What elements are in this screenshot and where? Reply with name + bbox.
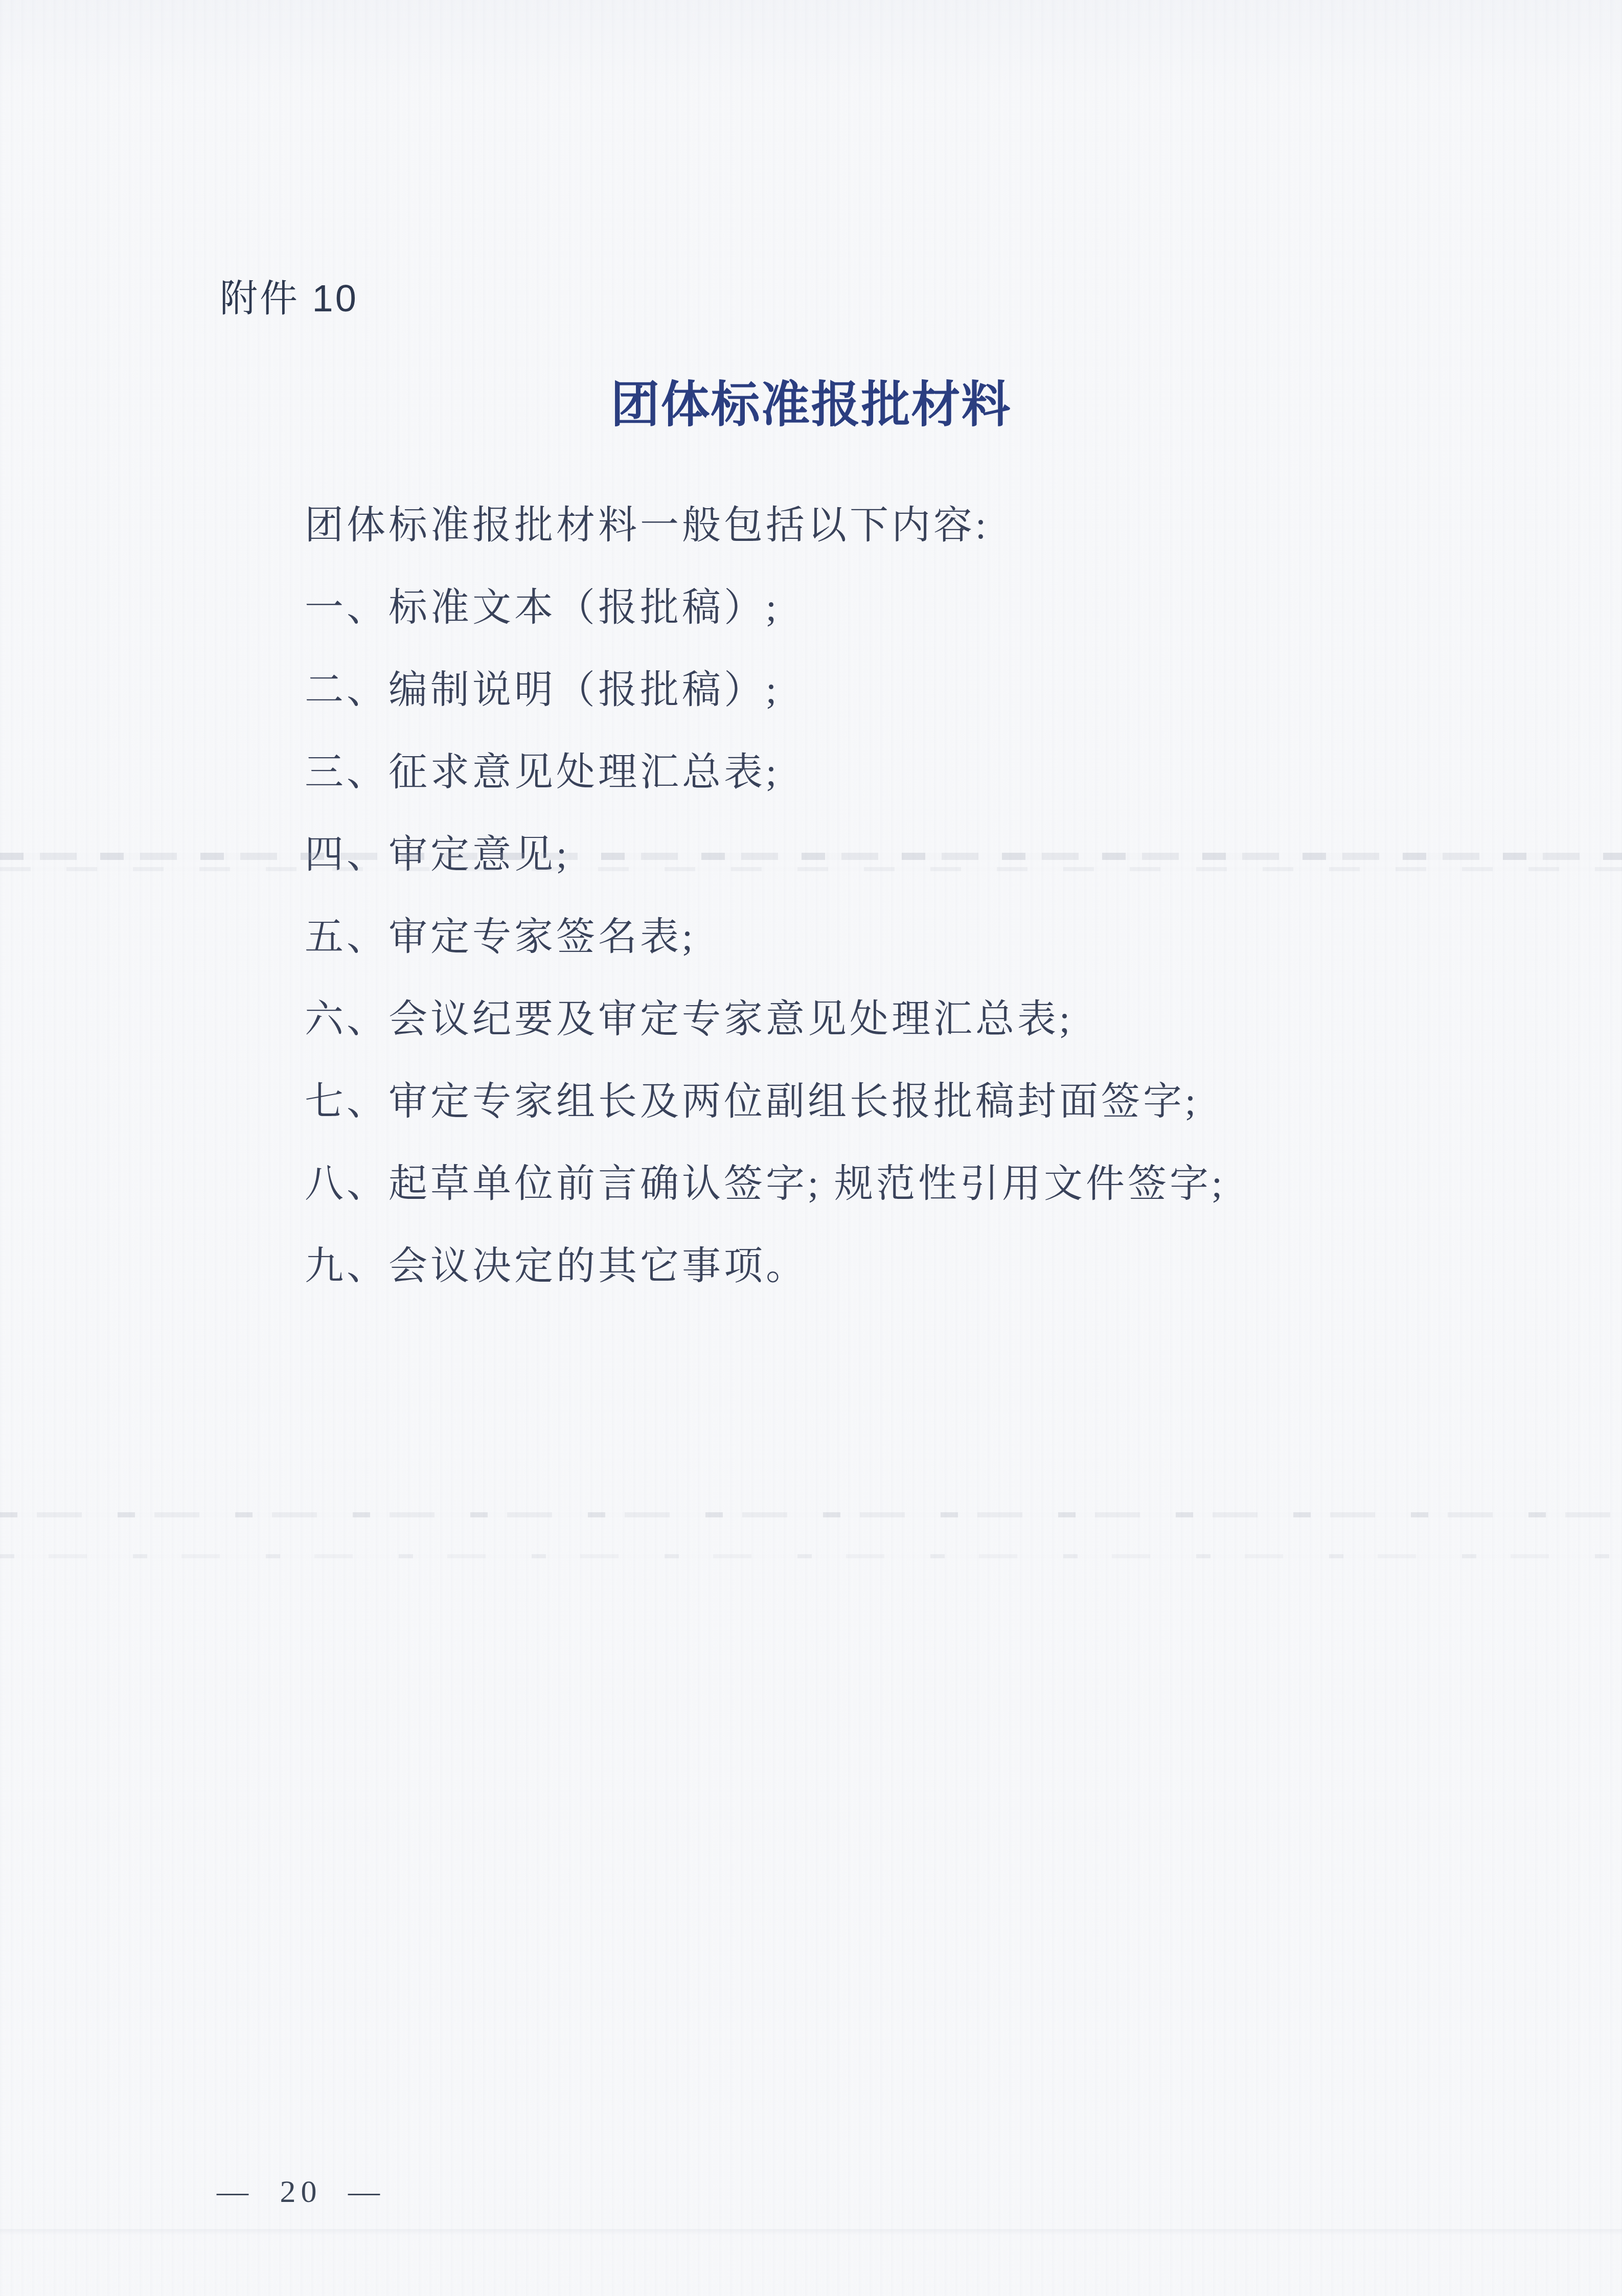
page-title: 团体标准报批材料: [0, 374, 1622, 436]
scan-artifact-line-4: [0, 1554, 1622, 1558]
list-item-5: 五、审定专家签名表;: [305, 896, 1429, 979]
list-item-9: 九、会议决定的其它事项。: [305, 1225, 1429, 1308]
document-page: 附件 10 团体标准报批材料 团体标准报批材料一般包括以下内容: 一、标准文本（…: [0, 0, 1622, 2296]
list-item-6: 六、会议纪要及审定专家意见处理汇总表;: [305, 979, 1429, 1061]
page-number: — 20 —: [217, 2174, 385, 2210]
list-item-8: 八、起草单位前言确认签字; 规范性引用文件签字;: [305, 1143, 1429, 1225]
list-item-3: 三、征求意见处理汇总表;: [305, 732, 1429, 814]
document-body: 团体标准报批材料一般包括以下内容: 一、标准文本（报批稿）; 二、编制说明（报批…: [305, 485, 1429, 1308]
scan-artifact-line-3: [0, 1512, 1622, 1517]
list-item-4: 四、审定意见;: [305, 814, 1429, 896]
list-item-2: 二、编制说明（报批稿）;: [305, 649, 1429, 732]
list-item-7: 七、审定专家组长及两位副组长报批稿封面签字;: [305, 1061, 1429, 1143]
attachment-label: 附件 10: [220, 276, 358, 322]
intro-line: 团体标准报批材料一般包括以下内容:: [305, 485, 1429, 567]
list-item-1: 一、标准文本（报批稿）;: [305, 567, 1429, 649]
scan-artifact-band: [0, 2229, 1622, 2235]
